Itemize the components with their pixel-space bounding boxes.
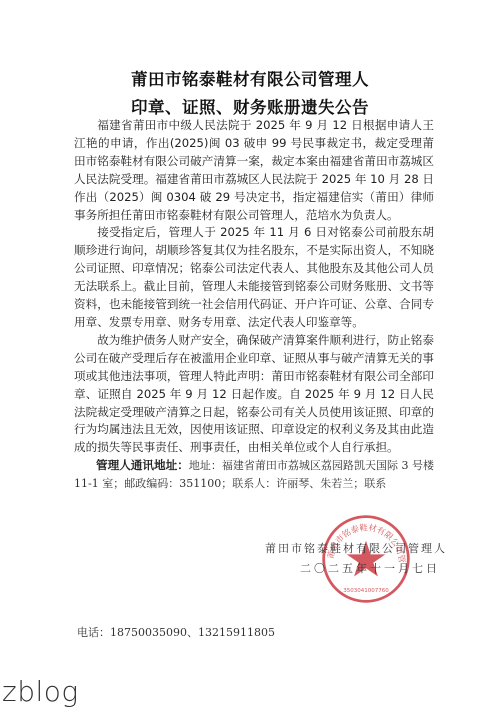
phone-line: 电话：18750035090、13215911805	[77, 624, 275, 640]
watermark: zblog	[2, 675, 79, 707]
paragraph-2: 接受指定后，管理人于 2025 年 11 月 6 日对铭泰公司前股东胡顺珍进行询…	[74, 224, 434, 331]
title-line-2: 印章、证照、财务账册遗失公告	[0, 94, 500, 118]
title-line-1: 莆田市铭泰鞋材有限公司管理人	[0, 66, 500, 90]
date: 二〇二五年十一月七日	[300, 560, 440, 576]
address-label: 管理人通讯地址：	[96, 458, 189, 472]
svg-text:3503041007760: 3503041007760	[343, 588, 389, 594]
paragraph-1: 福建省莆田市中级人民法院于 2025 年 9 月 12 日根据申请人王江艳的申请…	[74, 117, 434, 224]
address-paragraph: 管理人通讯地址：地址：福建省莆田市荔城区荔园路凯天国际 3 号楼 11-1 室；…	[74, 457, 434, 493]
official-seal-icon: 莆田市铭泰鞋材有限公司管理人 3503041007760	[320, 513, 412, 605]
signature: 莆田市铭泰鞋材有限公司管理人	[265, 540, 447, 556]
document-body: 福建省莆田市中级人民法院于 2025 年 9 月 12 日根据申请人王江艳的申请…	[74, 117, 434, 493]
paragraph-3: 故为维护债务人财产安全，确保破产清算案件顺利进行，防止铭泰公司在破产受理后存在被…	[74, 332, 434, 457]
